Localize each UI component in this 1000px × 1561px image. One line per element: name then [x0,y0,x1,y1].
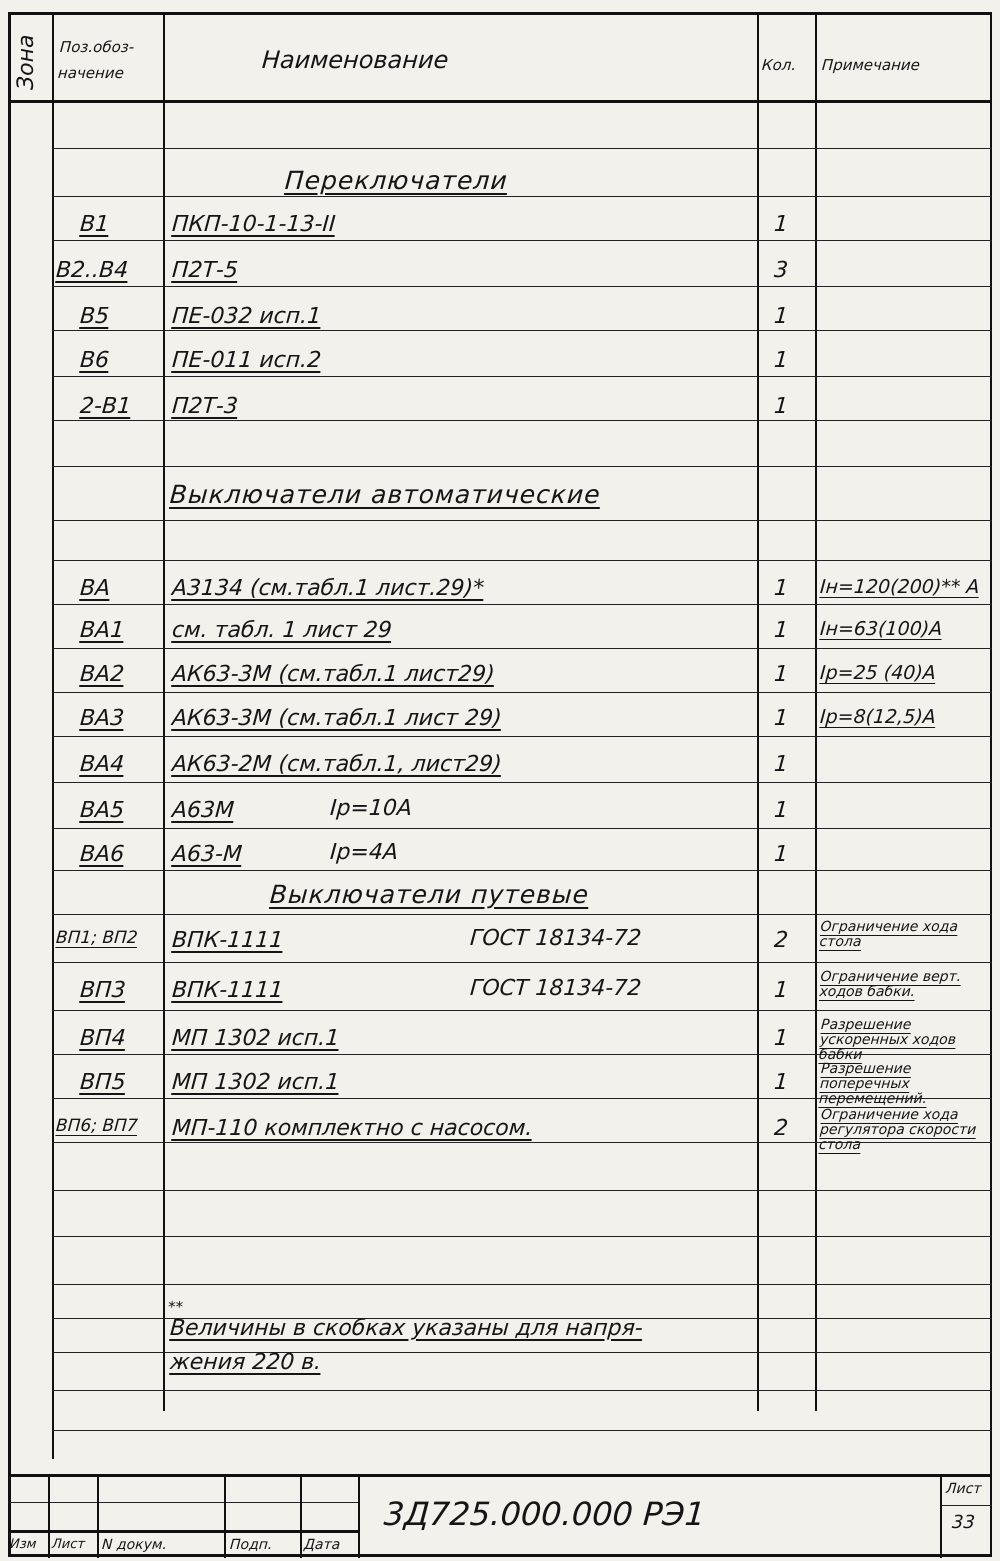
row-rule [52,520,992,521]
title-block-label-row [8,1530,360,1533]
row-rule [52,330,992,331]
title-block-top [8,1474,992,1477]
tb-label-change: Изм [10,1538,37,1551]
row-rule [52,560,992,561]
row-rule [52,782,992,783]
row-note: Iр=8(12,5)A [819,708,936,727]
row-name: АК63-2М (см.табл.1, лист29) [171,754,502,776]
row-name: П2Т-5 [171,260,238,282]
title-block-mid [8,1502,360,1503]
row-name: АК63-3М (см.табл.1 лист 29) [171,708,502,730]
row-rule [52,240,992,241]
row-name: МП-110 комплектно с насосом. [171,1118,533,1140]
row-position: BП5 [79,1072,126,1094]
row-rule [52,914,992,915]
row-rule [52,1010,992,1011]
row-extra: Iр=4A [329,842,398,864]
row-note: Iн=63(100)A [819,620,943,639]
row-position: BП4 [79,1028,126,1050]
row-rule [52,648,992,649]
row-name: ВПК-1111 [171,930,284,952]
row-rule [52,196,992,197]
row-name: ПЕ-011 исп.2 [171,350,322,372]
row-rule [52,466,992,467]
row-qty: 1 [773,1072,789,1094]
row-rule [52,870,992,871]
tb-div-4 [300,1474,302,1558]
row-position: BA5 [79,800,125,822]
row-qty: 2 [773,1118,789,1140]
header-qty: Кол. [761,58,796,73]
col-divider-qty [815,14,817,1411]
section-title: Переключатели [284,168,509,193]
tb-div-3 [224,1474,226,1558]
row-rule [52,1284,992,1285]
row-qty: 1 [773,620,789,642]
row-qty: 1 [773,708,789,730]
header-zone: Зона [14,35,39,90]
row-qty: 2 [773,930,789,952]
row-note: Iн=120(200)** A [819,578,980,597]
footnote-line1: Величины в скобках указаны для напря- [169,1318,643,1340]
row-qty: 1 [773,800,789,822]
tb-div-1 [48,1474,50,1558]
row-rule [52,604,992,605]
row-name: А63М [171,800,235,822]
row-name: А3134 (см.табл.1 лист.29)* [171,578,485,600]
row-qty: 1 [773,844,789,866]
row-qty: 1 [773,306,789,328]
row-name: А63-М [171,844,243,866]
row-name: ВПК-1111 [171,980,284,1002]
row-qty: 1 [773,214,789,236]
row-rule [52,148,992,149]
row-name: МП 1302 исп.1 [171,1072,340,1094]
tb-div-6 [940,1474,942,1558]
title-block-sheet-divider [940,1505,992,1506]
row-qty: 1 [773,1028,789,1050]
row-qty: 1 [773,396,789,418]
row-position: BП6; BП7 [55,1118,138,1135]
tb-label-sheet: Лист [52,1538,86,1551]
tb-label-sign: Подп. [230,1538,273,1552]
row-position: 2-B1 [79,396,132,418]
row-note: Ограничение хода регулятора скорости сто… [818,1108,991,1153]
row-name: АК63-3М (см.табл.1 лист29) [171,664,495,686]
row-rule [52,736,992,737]
footnote-line2: жения 220 в. [169,1352,322,1374]
row-rule [52,692,992,693]
row-rule [52,286,992,287]
row-qty: 1 [773,350,789,372]
row-note: Разрешение ускоренных ходов бабки [818,1018,991,1063]
row-position: BA2 [79,664,125,686]
row-extra: Iр=10A [329,798,412,820]
row-extra: ГОСТ 18134-72 [469,928,642,950]
col-divider-name [757,14,759,1411]
tb-sheet-label: Лист [946,1482,982,1496]
row-position: BA [79,578,111,600]
row-rule [52,1190,992,1191]
tb-label-docnum: N докум. [102,1538,168,1552]
row-rule [52,828,992,829]
section-title: Выключатели путевые [269,882,590,907]
row-note: Ограничение верт. ходов бабки. [819,970,991,1000]
row-position: B5 [79,306,110,328]
header-name: Наименование [261,48,449,72]
col-divider-pos [163,14,165,1411]
row-note: Разрешение поперечных перемещений. [818,1062,991,1107]
row-position: BA6 [79,844,125,866]
row-position: BA4 [79,754,125,776]
tb-div-5 [358,1474,360,1558]
row-note: Iр=25 (40)A [819,664,936,683]
row-position: B2..B4 [55,260,129,282]
col-divider-right [990,14,992,1554]
row-rule [52,962,992,963]
section-title: Выключатели автоматические [169,482,601,507]
header-note: Примечание [821,58,920,73]
row-position: B1 [79,214,110,236]
row-qty: 1 [773,664,789,686]
row-rule [52,376,992,377]
row-extra: ГОСТ 18134-72 [469,978,642,1000]
row-rule [52,1390,992,1391]
row-rule [52,420,992,421]
row-name: см. табл. 1 лист 29 [171,620,392,642]
header-pos-line1: Поз.обоз- [59,40,134,55]
header-pos-line2: начение [57,66,124,81]
document-code: 3Д725.000.000 РЭ1 [383,1498,706,1530]
row-name: МП 1302 исп.1 [171,1028,340,1050]
row-name: П2Т-3 [171,396,238,418]
row-position: BП3 [79,980,126,1002]
row-qty: 1 [773,754,789,776]
row-position: BП1; BП2 [55,930,138,947]
row-name: ПКП-10-1-13-II [171,214,336,236]
footnote-marker: ** [167,1300,183,1315]
row-qty: 1 [773,578,789,600]
row-position: B6 [79,350,110,372]
row-rule [52,1236,992,1237]
tb-label-date: Дата [304,1538,341,1552]
tb-div-2 [97,1474,99,1558]
row-note: Ограничение хода стола [819,920,991,950]
row-position: BA1 [79,620,125,642]
sheet-number: 33 [951,1514,975,1532]
row-qty: 3 [773,260,789,282]
row-position: BA3 [79,708,125,730]
header-bottom-border [8,100,992,103]
row-name: ПЕ-032 исп.1 [171,306,322,328]
row-qty: 1 [773,980,789,1002]
row-rule [52,1430,992,1431]
